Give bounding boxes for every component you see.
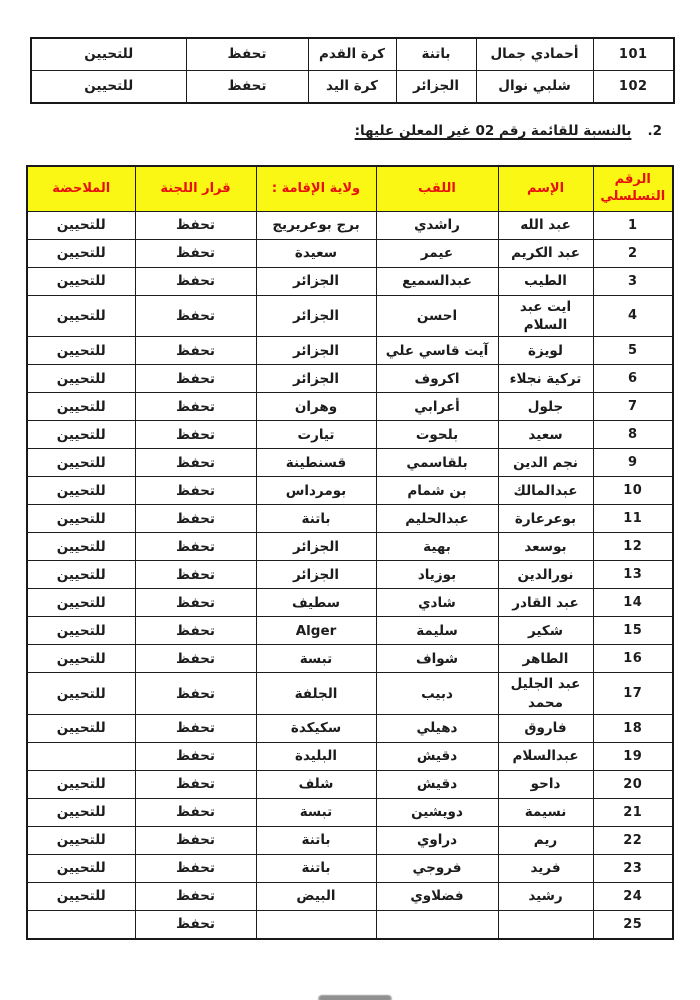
cell-note: للتحيين xyxy=(27,826,135,854)
table-row: 22 ريم دراوي باتنة تحفظ للتحيين xyxy=(27,826,673,854)
cell-name: نجم الدين xyxy=(498,449,593,477)
cell-surname: اكروف xyxy=(376,365,498,393)
table-row: 101 أحمادي جمال باتنة كرة القدم تحفظ للت… xyxy=(31,38,674,71)
cell-note: للتحيين xyxy=(27,268,135,296)
cell-surname: بهية xyxy=(376,533,498,561)
cell-note: للتحيين xyxy=(27,393,135,421)
cell-note: للتحيين xyxy=(27,798,135,826)
cell-note: للتحيين xyxy=(27,673,135,714)
cell-serial: 101 xyxy=(593,38,674,71)
cell-serial: 13 xyxy=(593,561,673,589)
cell-surname: بلحوت xyxy=(376,421,498,449)
cell-residence: الجزائر xyxy=(256,561,376,589)
cell-residence: الجزائر xyxy=(256,296,376,337)
header-note: الملاحضة xyxy=(27,166,135,212)
table-row: 3 الطيب عبدالسميع الجزائر تحفظ للتحيين xyxy=(27,268,673,296)
cell-surname: فروجي xyxy=(376,854,498,882)
cell-decision: تحفظ xyxy=(135,212,256,240)
cell-residence: باتنة xyxy=(256,854,376,882)
cell-note: للتحيين xyxy=(31,38,186,71)
cell-note: للتحيين xyxy=(27,421,135,449)
cell-note: للتحيين xyxy=(27,296,135,337)
cell-residence: بومرداس xyxy=(256,477,376,505)
cell-name: الطاهر xyxy=(498,645,593,673)
cell-residence: تيارت xyxy=(256,421,376,449)
cell-surname: عبدالسميع xyxy=(376,268,498,296)
cell-decision: تحفظ xyxy=(135,505,256,533)
cell-note: للتحيين xyxy=(27,505,135,533)
table-row: 12 بوسعد بهية الجزائر تحفظ للتحيين xyxy=(27,533,673,561)
cell-serial: 22 xyxy=(593,826,673,854)
cell-serial: 8 xyxy=(593,421,673,449)
cell-decision: تحفظ xyxy=(135,477,256,505)
cell-note: للتحيين xyxy=(27,477,135,505)
table-row: 102 شلبي نوال الجزائر كرة اليد تحفظ للتح… xyxy=(31,71,674,104)
cell-name: عبد الكريم xyxy=(498,240,593,268)
cell-name: أحمادي جمال xyxy=(476,38,593,71)
cell-surname: شواف xyxy=(376,645,498,673)
table-row: 1 عبد الله راشدي برج بوعريريج تحفظ للتحي… xyxy=(27,212,673,240)
cell-serial: 25 xyxy=(593,910,673,939)
cell-serial: 102 xyxy=(593,71,674,104)
table-row: 15 شكير سليمة Alger تحفظ للتحيين xyxy=(27,617,673,645)
cell-name: تركية نجلاء xyxy=(498,365,593,393)
list-02-table-body: 1 عبد الله راشدي برج بوعريريج تحفظ للتحي… xyxy=(27,212,673,939)
cell-decision: تحفظ xyxy=(135,393,256,421)
cell-surname: شادي xyxy=(376,589,498,617)
table-row: 18 فاروق دهيلي سكيكدة تحفظ للتحيين xyxy=(27,714,673,742)
scanned-document-page: 101 أحمادي جمال باتنة كرة القدم تحفظ للت… xyxy=(0,0,700,1000)
table-row: 13 نورالدين بوزياد الجزائر تحفظ للتحيين xyxy=(27,561,673,589)
cell-serial: 11 xyxy=(593,505,673,533)
cell-surname: بن شمام xyxy=(376,477,498,505)
cell-surname: دبيب xyxy=(376,673,498,714)
cell-decision: تحفظ xyxy=(135,589,256,617)
cell-serial: 16 xyxy=(593,645,673,673)
cell-surname: دقيش xyxy=(376,742,498,770)
table-row: 2 عبد الكريم عيمر سعيدة تحفظ للتحيين xyxy=(27,240,673,268)
cell-serial: 21 xyxy=(593,798,673,826)
header-name: الإسم xyxy=(498,166,593,212)
cell-serial: 23 xyxy=(593,854,673,882)
cell-decision: تحفظ xyxy=(135,337,256,365)
cell-decision: تحفظ xyxy=(135,910,256,939)
cell-residence xyxy=(256,910,376,939)
cell-name: ريم xyxy=(498,826,593,854)
table-row: 9 نجم الدين بلقاسمي قسنطينة تحفظ للتحيين xyxy=(27,449,673,477)
table-row: 24 رشيد فضلاوي البيض تحفظ للتحيين xyxy=(27,882,673,910)
header-surname: اللقب xyxy=(376,166,498,212)
home-indicator xyxy=(318,995,392,1000)
table-row: 20 داحو دقيش شلف تحفظ للتحيين xyxy=(27,770,673,798)
cell-note xyxy=(27,910,135,939)
cell-residence: Alger xyxy=(256,617,376,645)
table-row: 10 عبدالمالك بن شمام بومرداس تحفظ للتحيي… xyxy=(27,477,673,505)
cell-residence: الجزائر xyxy=(256,365,376,393)
cell-serial: 2 xyxy=(593,240,673,268)
header-serial: الرقم التسلسلي xyxy=(593,166,673,212)
cell-decision: تحفظ xyxy=(135,798,256,826)
cell-decision: تحفظ xyxy=(135,561,256,589)
cell-name: شكير xyxy=(498,617,593,645)
cell-residence: برج بوعريريج xyxy=(256,212,376,240)
cell-decision: تحفظ xyxy=(135,268,256,296)
cell-decision: تحفظ xyxy=(135,296,256,337)
cell-name: داحو xyxy=(498,770,593,798)
cell-serial: 10 xyxy=(593,477,673,505)
table-row: 5 لويزة آيت قاسي علي الجزائر تحفظ للتحيي… xyxy=(27,337,673,365)
table-row: 11 بوعرعارة عبدالحليم باتنة تحفظ للتحيين xyxy=(27,505,673,533)
cell-note: للتحيين xyxy=(27,240,135,268)
header-row: الرقم التسلسلي الإسم اللقب ولاية الإقامة… xyxy=(27,166,673,212)
cell-surname: دويشين xyxy=(376,798,498,826)
cell-surname: دراوي xyxy=(376,826,498,854)
cell-decision: تحفظ xyxy=(135,714,256,742)
cell-note: للتحيين xyxy=(27,617,135,645)
table-row: 17 عبد الجليل محمد دبيب الجلفة تحفظ للتح… xyxy=(27,673,673,714)
cell-name: ايت عبد السلام xyxy=(498,296,593,337)
cell-sport: كرة اليد xyxy=(308,71,396,104)
cell-decision: تحفظ xyxy=(135,421,256,449)
cell-residence: سكيكدة xyxy=(256,714,376,742)
cell-serial: 14 xyxy=(593,589,673,617)
cell-serial: 18 xyxy=(593,714,673,742)
cell-note: للتحيين xyxy=(27,365,135,393)
cell-decision: تحفظ xyxy=(135,770,256,798)
table-row: 7 جلول أعرابي وهران تحفظ للتحيين xyxy=(27,393,673,421)
cell-residence: تبسة xyxy=(256,645,376,673)
cell-decision: تحفظ xyxy=(186,38,308,71)
cell-note: للتحيين xyxy=(27,561,135,589)
cell-note: للتحيين xyxy=(27,589,135,617)
section-heading: 2.بالنسبة للقائمة رقم 02 غير المعلن عليه… xyxy=(355,123,662,139)
cell-surname: عبدالحليم xyxy=(376,505,498,533)
cell-name: عبد الله xyxy=(498,212,593,240)
cell-serial: 7 xyxy=(593,393,673,421)
cell-surname: دهيلي xyxy=(376,714,498,742)
cell-residence: الجزائر xyxy=(256,268,376,296)
cell-serial: 24 xyxy=(593,882,673,910)
cell-name: عبد الجليل محمد xyxy=(498,673,593,714)
table-row: 23 فريد فروجي باتنة تحفظ للتحيين xyxy=(27,854,673,882)
cell-serial: 5 xyxy=(593,337,673,365)
cell-note: للتحيين xyxy=(27,449,135,477)
cell-serial: 1 xyxy=(593,212,673,240)
cell-surname: بلقاسمي xyxy=(376,449,498,477)
cell-note: للتحيين xyxy=(27,770,135,798)
table-row: 19 عبدالسلام دقيش البليدة تحفظ xyxy=(27,742,673,770)
cell-serial: 6 xyxy=(593,365,673,393)
cell-decision: تحفظ xyxy=(135,533,256,561)
cell-name: جلول xyxy=(498,393,593,421)
cell-serial: 12 xyxy=(593,533,673,561)
cell-surname: دقيش xyxy=(376,770,498,798)
cell-residence: سعيدة xyxy=(256,240,376,268)
cell-decision: تحفظ xyxy=(135,240,256,268)
cell-surname: راشدي xyxy=(376,212,498,240)
cell-residence: شلف xyxy=(256,770,376,798)
cell-decision: تحفظ xyxy=(135,854,256,882)
cell-decision: تحفظ xyxy=(135,617,256,645)
cell-residence: الجزائر xyxy=(256,533,376,561)
cell-note xyxy=(27,742,135,770)
cell-sport: كرة القدم xyxy=(308,38,396,71)
cell-decision: تحفظ xyxy=(135,449,256,477)
table-row: 25 تحفظ xyxy=(27,910,673,939)
cell-surname: احسن xyxy=(376,296,498,337)
cell-note: للتحيين xyxy=(27,714,135,742)
cell-name: بوسعد xyxy=(498,533,593,561)
list-02-table: الرقم التسلسلي الإسم اللقب ولاية الإقامة… xyxy=(26,165,674,940)
cell-decision: تحفظ xyxy=(135,645,256,673)
cell-serial: 17 xyxy=(593,673,673,714)
section-heading-number: 2. xyxy=(647,123,662,139)
table-row: 4 ايت عبد السلام احسن الجزائر تحفظ للتحي… xyxy=(27,296,673,337)
cell-note: للتحيين xyxy=(31,71,186,104)
cell-surname: بوزياد xyxy=(376,561,498,589)
cell-note: للتحيين xyxy=(27,854,135,882)
cell-residence: وهران xyxy=(256,393,376,421)
cell-name: سعيد xyxy=(498,421,593,449)
cell-decision: تحفظ xyxy=(135,365,256,393)
cell-wilaya: الجزائر xyxy=(396,71,476,104)
header-decision: قرار اللجنة xyxy=(135,166,256,212)
table-row: 6 تركية نجلاء اكروف الجزائر تحفظ للتحيين xyxy=(27,365,673,393)
section-heading-text: بالنسبة للقائمة رقم 02 غير المعلن عليها: xyxy=(355,123,632,139)
cell-decision: تحفظ xyxy=(135,742,256,770)
cell-surname: أعرابي xyxy=(376,393,498,421)
cell-note: للتحيين xyxy=(27,212,135,240)
cell-serial: 19 xyxy=(593,742,673,770)
table-row: 14 عبد القادر شادي سطيف تحفظ للتحيين xyxy=(27,589,673,617)
list-01-table-tail: 101 أحمادي جمال باتنة كرة القدم تحفظ للت… xyxy=(30,37,675,104)
cell-name: عبدالسلام xyxy=(498,742,593,770)
cell-name: نورالدين xyxy=(498,561,593,589)
cell-serial: 15 xyxy=(593,617,673,645)
cell-residence: قسنطينة xyxy=(256,449,376,477)
cell-serial: 3 xyxy=(593,268,673,296)
cell-decision: تحفظ xyxy=(135,673,256,714)
cell-residence: البيض xyxy=(256,882,376,910)
cell-surname: سليمة xyxy=(376,617,498,645)
cell-name: عبد القادر xyxy=(498,589,593,617)
cell-residence: باتنة xyxy=(256,826,376,854)
cell-name: نسيمة xyxy=(498,798,593,826)
cell-residence: سطيف xyxy=(256,589,376,617)
cell-name: شلبي نوال xyxy=(476,71,593,104)
cell-wilaya: باتنة xyxy=(396,38,476,71)
cell-serial: 9 xyxy=(593,449,673,477)
cell-name: الطيب xyxy=(498,268,593,296)
table-row: 21 نسيمة دويشين تبسة تحفظ للتحيين xyxy=(27,798,673,826)
cell-residence: الجزائر xyxy=(256,337,376,365)
cell-residence: البليدة xyxy=(256,742,376,770)
cell-decision: تحفظ xyxy=(186,71,308,104)
cell-surname xyxy=(376,910,498,939)
cell-surname: عيمر xyxy=(376,240,498,268)
cell-serial: 4 xyxy=(593,296,673,337)
cell-name: فريد xyxy=(498,854,593,882)
cell-name: بوعرعارة xyxy=(498,505,593,533)
cell-note: للتحيين xyxy=(27,645,135,673)
cell-note: للتحيين xyxy=(27,533,135,561)
table-row: 16 الطاهر شواف تبسة تحفظ للتحيين xyxy=(27,645,673,673)
list-01-table-body: 101 أحمادي جمال باتنة كرة القدم تحفظ للت… xyxy=(31,38,674,103)
cell-surname: فضلاوي xyxy=(376,882,498,910)
cell-serial: 20 xyxy=(593,770,673,798)
cell-name xyxy=(498,910,593,939)
cell-residence: باتنة xyxy=(256,505,376,533)
cell-surname: آيت قاسي علي xyxy=(376,337,498,365)
cell-residence: الجلفة xyxy=(256,673,376,714)
cell-note: للتحيين xyxy=(27,882,135,910)
cell-name: رشيد xyxy=(498,882,593,910)
header-residence: ولاية الإقامة : xyxy=(256,166,376,212)
cell-residence: تبسة xyxy=(256,798,376,826)
cell-name: لويزة xyxy=(498,337,593,365)
cell-decision: تحفظ xyxy=(135,826,256,854)
cell-decision: تحفظ xyxy=(135,882,256,910)
cell-name: عبدالمالك xyxy=(498,477,593,505)
cell-note: للتحيين xyxy=(27,337,135,365)
table-row: 8 سعيد بلحوت تيارت تحفظ للتحيين xyxy=(27,421,673,449)
cell-name: فاروق xyxy=(498,714,593,742)
